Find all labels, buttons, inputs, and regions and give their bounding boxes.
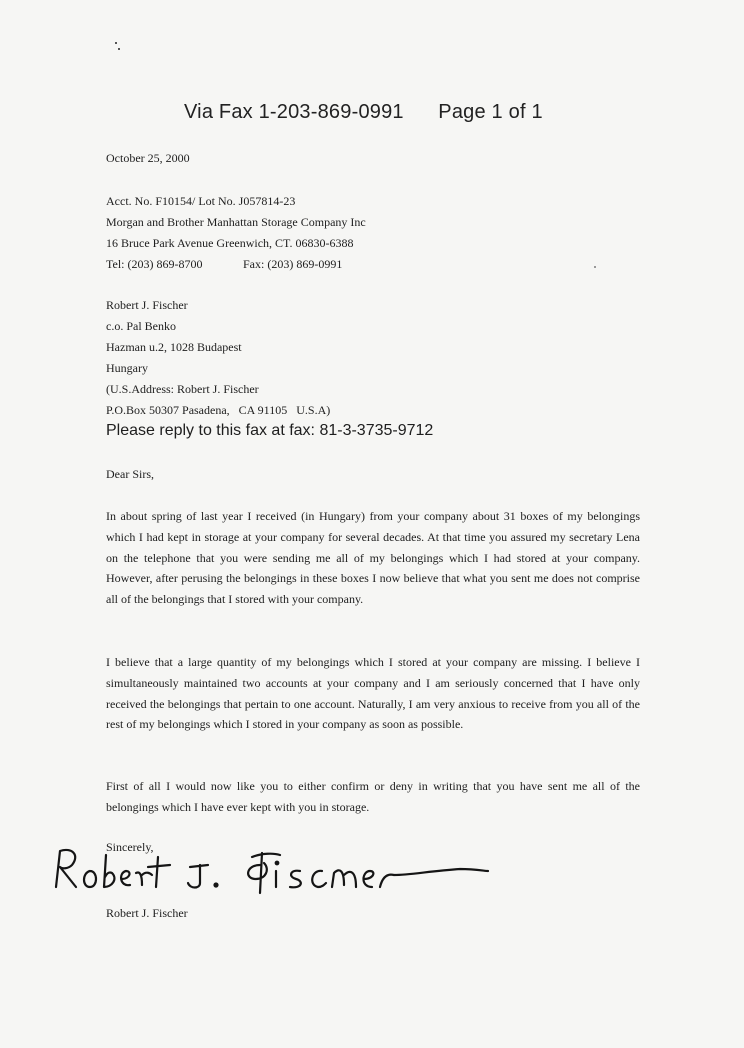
fax-header: Via Fax 1-203-869-0991 Page 1 of 1 <box>184 101 543 124</box>
body-paragraph-3: First of all I would now like you to eit… <box>106 776 640 818</box>
recipient-company: Morgan and Brother Manhattan Storage Com… <box>106 215 366 230</box>
salutation: Dear Sirs, <box>106 467 154 482</box>
recipient-address: 16 Bruce Park Avenue Greenwich, CT. 0683… <box>106 236 354 251</box>
sender-us-address-1: (U.S.Address: Robert J. Fischer <box>106 382 259 397</box>
scan-speck <box>594 266 596 268</box>
body-paragraph-1: In about spring of last year I received … <box>106 506 640 610</box>
typed-name: Robert J. Fischer <box>106 906 188 921</box>
fax-letter-page: Via Fax 1-203-869-0991 Page 1 of 1 Octob… <box>0 0 744 1048</box>
scan-speck <box>115 42 117 44</box>
scan-speck <box>118 48 120 50</box>
recipient-fax: Fax: (203) 869-0991 <box>243 257 342 272</box>
recipient-tel: Tel: (203) 869-8700 <box>106 257 202 272</box>
sender-us-address-2: P.O.Box 50307 Pasadena, CA 91105 U.S.A) <box>106 403 330 418</box>
fax-number: Via Fax 1-203-869-0991 <box>184 101 404 123</box>
reply-fax-notice: Please reply to this fax at fax: 81-3-37… <box>106 422 433 440</box>
sender-country: Hungary <box>106 361 148 376</box>
handwritten-signature <box>50 845 500 900</box>
sender-care-of: c.o. Pal Benko <box>106 319 176 334</box>
account-number: Acct. No. F10154/ Lot No. J057814-23 <box>106 194 295 209</box>
sender-name: Robert J. Fischer <box>106 298 188 313</box>
page-count: Page 1 of 1 <box>438 101 543 123</box>
sender-street: Hazman u.2, 1028 Budapest <box>106 340 242 355</box>
body-paragraph-2: I believe that a large quantity of my be… <box>106 652 640 735</box>
letter-date: October 25, 2000 <box>106 151 190 166</box>
